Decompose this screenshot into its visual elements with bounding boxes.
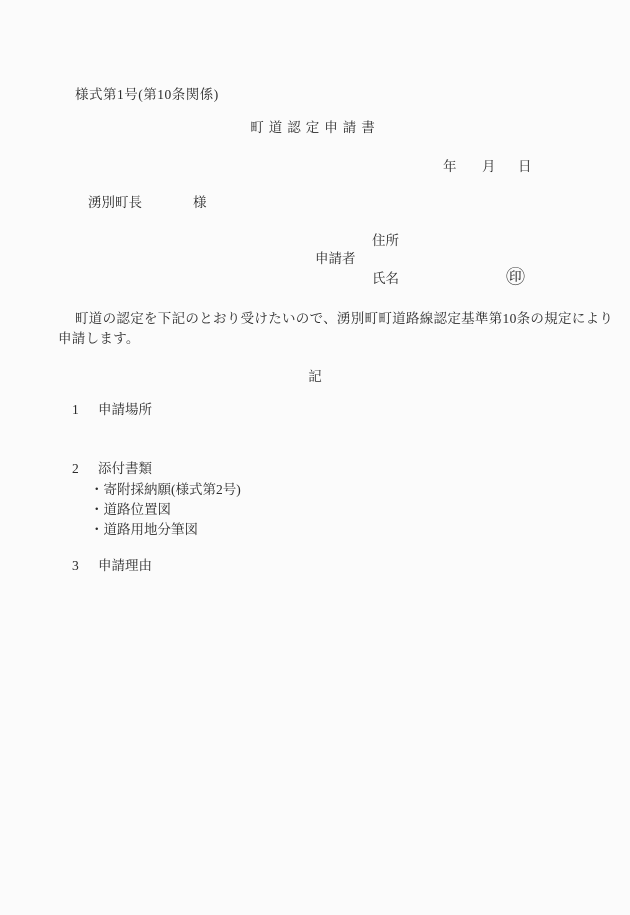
form-number: 様式第1号(第10条関係): [75, 88, 219, 102]
date-year-label: 年: [443, 160, 457, 174]
attachment-item: ・寄附採納願(様式第2号): [90, 483, 241, 497]
seal-stamp-icon: ㊞: [506, 268, 525, 287]
applicant-address-label: 住所: [372, 234, 399, 248]
body-text-line: 申請します。: [58, 332, 140, 346]
section-label: 申請場所: [98, 403, 152, 417]
attachment-item: ・道路位置図: [90, 503, 171, 517]
date-day-label: 日: [518, 160, 532, 174]
notation-heading: 記: [0, 370, 630, 384]
section-application-reason: 3 申請理由: [72, 559, 152, 573]
addressee-name: 湧別町長: [88, 196, 142, 210]
section-label: 申請理由: [98, 559, 152, 573]
page-title: 町道認定申請書: [0, 121, 630, 135]
section-number: 2: [72, 462, 98, 476]
section-attached-documents: 2 添付書類: [72, 462, 152, 476]
addressee-honorific: 様: [193, 196, 207, 210]
section-label: 添付書類: [98, 462, 152, 476]
body-text-line: 町道の認定を下記のとおり受けたいので、湧別町町道路線認定基準第10条の規定により: [75, 312, 613, 326]
applicant-group-label: 申請者: [315, 252, 356, 266]
applicant-name-label: 氏名: [372, 272, 399, 286]
document-page: 様式第1号(第10条関係) 町道認定申請書 年 月 日 湧別町長 様 申請者 住…: [0, 0, 630, 915]
attachment-item: ・道路用地分筆図: [90, 523, 198, 537]
section-application-place: 1 申請場所: [72, 403, 152, 417]
date-month-label: 月: [482, 160, 496, 174]
section-number: 3: [72, 559, 98, 573]
section-number: 1: [72, 403, 98, 417]
